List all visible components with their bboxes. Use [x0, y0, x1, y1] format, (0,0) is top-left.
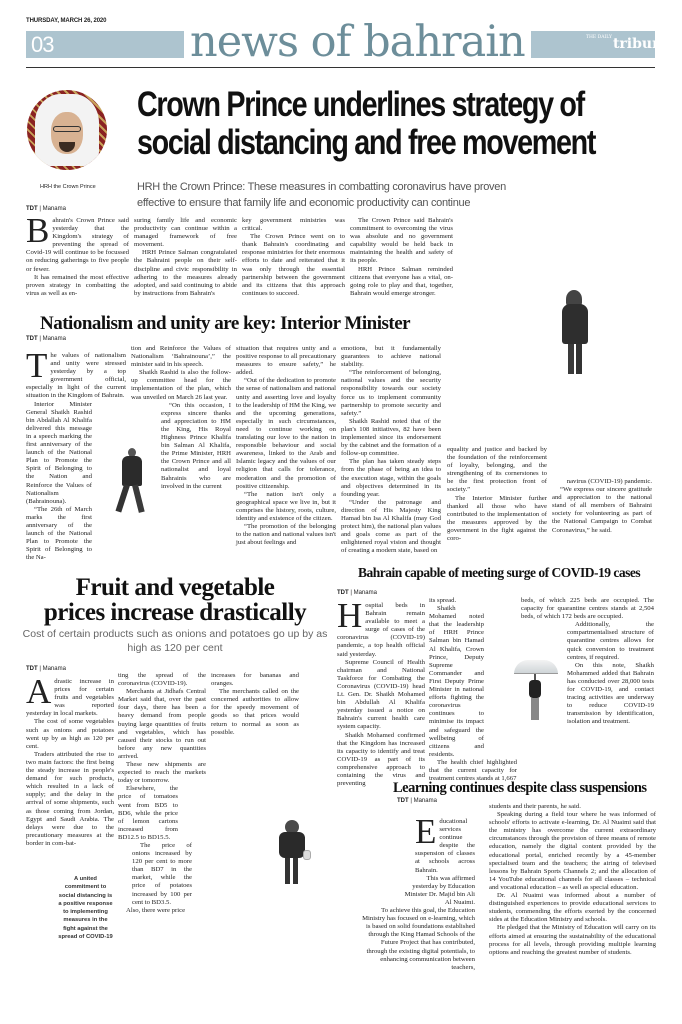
lead-col-2: suring family life and economic producti… [134, 217, 237, 298]
lead-col-1: Bahrain's Crown Prince said yesterday th… [26, 217, 129, 298]
logo-main-text: tribune [613, 36, 671, 52]
shopper-photo [275, 820, 311, 890]
learning-col-1: Educational services continue despite th… [360, 818, 475, 972]
learning-headline: Learning continues despite class suspens… [393, 779, 647, 797]
lead-headline-line1: Crown Prince underlines strategy of [137, 86, 576, 124]
learning-byline: TDT | Manama [397, 798, 437, 804]
nationalism-col-6: navirus (COVID-19) pandemic. “We express… [552, 478, 652, 535]
learning-col-2: students and their parents, he said. Spe… [489, 803, 656, 957]
nationalism-col-5: equality and justice and backed by the f… [447, 446, 547, 543]
lead-col-3: key government ministries was critical. … [242, 217, 345, 298]
nationalism-col-2: tion and Reinforce the Values of Nationa… [131, 345, 231, 491]
section-title: news of bahrain [184, 18, 531, 66]
lead-headline-line2: social distancing and free movement [137, 124, 576, 162]
masked-pedestrian-photo [560, 290, 590, 380]
fruit-col-2: ting the spread of the coronavirus (COVI… [118, 672, 206, 915]
fruit-headline: Fruit and vegetable prices increase dras… [20, 575, 330, 625]
nationalism-headline: Nationalism and unity are key: Interior … [40, 313, 410, 335]
covid-col-3: beds, of which 225 beds are occupied. Th… [521, 597, 654, 727]
fruit-deck: Cost of certain products such as onions … [20, 627, 330, 655]
lead-col-4: The Crown Prince said Bahrain's commitme… [350, 217, 453, 298]
covid-headline: Bahrain capable of meeting surge of COVI… [358, 565, 640, 581]
masthead-rule [26, 67, 655, 68]
logo-small-text: THE DAILY [586, 36, 612, 41]
fruit-col-3: increases for bananas and oranges. The m… [211, 672, 299, 737]
nationalism-col-3: situation that requires unity and a posi… [236, 345, 336, 547]
nationalism-col-4: emotions, but it fundamentally guarantee… [341, 345, 441, 555]
covid-col-1: Hospital beds in Bahrain remain availabl… [337, 602, 425, 788]
photo-caption: HRH the Crown Prince [40, 184, 96, 190]
crown-prince-photo [27, 90, 107, 170]
fruit-col-1: Adrastic increase in prices for certain … [26, 678, 114, 848]
pull-quote: A united commitment to social distancing… [58, 875, 113, 941]
nationalism-col-1: The values of nationalism and unity were… [26, 352, 126, 562]
lead-deck: HRH the Crown Prince: These measures in … [137, 179, 537, 211]
page-number: 03 [31, 32, 53, 58]
publication-logo: THE DAILYtribune [586, 36, 671, 52]
drop-cap: B [26, 218, 49, 244]
covid-col-2: its spread. Shaikh Mohamed noted that th… [429, 597, 517, 783]
lead-headline: Crown Prince underlines strategy of soci… [137, 86, 576, 162]
nationalism-byline: TDT | Manama [26, 336, 66, 342]
issue-date: THURSDAY, MARCH 26, 2020 [26, 18, 106, 24]
